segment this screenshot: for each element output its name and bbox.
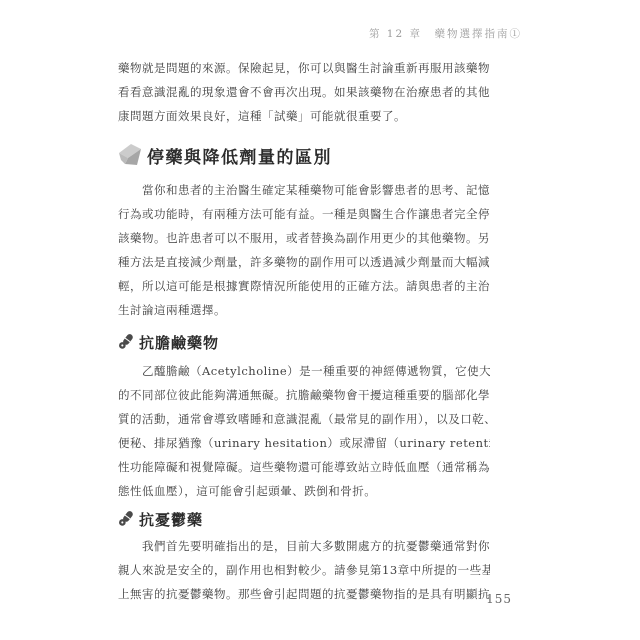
subsection-heading-anticholinergic: 抗膽鹼藥物 <box>118 332 490 353</box>
text-line: 乙醯膽鹼（Acetylcholine）是一種重要的神經傳遞物質，它使大腦 <box>118 359 490 383</box>
text-line: 康問題方面效果良好，這種「試藥」可能就很重要了。 <box>118 104 490 128</box>
paragraph-anticholinergic: 乙醯膽鹼（Acetylcholine）是一種重要的神經傳遞物質，它使大腦的不同部… <box>118 359 490 503</box>
paragraph-stop-vs-reduce: 當你和患者的主治醫生確定某種藥物可能會影響患者的思考、記憶、行為或功能時，有兩種… <box>118 178 490 322</box>
subsection-heading-label: 抗膽鹼藥物 <box>139 332 219 353</box>
pills-icon <box>118 510 135 527</box>
book-page: 第 12 章 藥物選擇指南① 藥物就是問題的來源。保險起見，你可以與醫生討論重新… <box>0 0 640 640</box>
text-line: 當你和患者的主治醫生確定某種藥物可能會影響患者的思考、記憶、 <box>118 178 490 202</box>
paragraph-antidepressant: 我們首先要明確指出的是，目前大多數開處方的抗憂鬱藥通常對你的親人來說是安全的，副… <box>118 534 490 606</box>
subsection-heading-label: 抗憂鬱藥 <box>139 509 203 530</box>
text-line: 上無害的抗憂鬱藥物。那些會引起問題的抗憂鬱藥物指的是具有明顯抗膽 <box>118 582 490 606</box>
text-line: 態性低血壓），這可能會引起頭暈、跌倒和骨折。 <box>118 479 490 503</box>
text-line: 行為或功能時，有兩種方法可能有益。一種是與醫生合作讓患者完全停用 <box>118 202 490 226</box>
page-number: 155 <box>486 592 512 606</box>
page-content: 藥物就是問題的來源。保險起見，你可以與醫生討論重新再服用該藥物，看看意識混亂的現… <box>118 56 490 606</box>
text-line: 的不同部位彼此能夠溝通無礙。抗膽鹼藥物會干擾這種重要的腦部化學物 <box>118 383 490 407</box>
text-line: 該藥物。也許患者可以不服用，或者替換為副作用更少的其他藥物。另一 <box>118 226 490 250</box>
pills-icon <box>118 333 135 350</box>
subsection-heading-antidepressant: 抗憂鬱藥 <box>118 509 490 530</box>
text-line: 便秘、排尿猶豫（urinary hesitation）或尿滯留（urinary … <box>118 431 490 455</box>
text-line: 生討論這兩種選擇。 <box>118 298 490 322</box>
running-header: 第 12 章 藥物選擇指南① <box>369 26 522 41</box>
paragraph-intro: 藥物就是問題的來源。保險起見，你可以與醫生討論重新再服用該藥物，看看意識混亂的現… <box>118 56 490 128</box>
text-line: 親人來說是安全的，副作用也相對較少。請參見第13章中所提的一些基本 <box>118 558 490 582</box>
section-heading-label: 停藥與降低劑量的區別 <box>147 143 332 168</box>
text-line: 我們首先要明確指出的是，目前大多數開處方的抗憂鬱藥通常對你的 <box>118 534 490 558</box>
text-line: 質的活動，通常會導致嗜睡和意識混亂（最常見的副作用），以及口乾、 <box>118 407 490 431</box>
text-line: 看看意識混亂的現象還會不會再次出現。如果該藥物在治療患者的其他健 <box>118 80 490 104</box>
text-line: 種方法是直接減少劑量，許多藥物的副作用可以透過減少劑量而大幅減 <box>118 250 490 274</box>
text-line: 藥物就是問題的來源。保險起見，你可以與醫生討論重新再服用該藥物， <box>118 56 490 80</box>
diamond-ornament-icon <box>118 144 141 165</box>
text-line: 輕，所以這可能是根據實際情況所能使用的正確方法。請與患者的主治醫 <box>118 274 490 298</box>
section-heading-stop-vs-reduce: 停藥與降低劑量的區別 <box>118 142 490 168</box>
text-line: 性功能障礙和視覺障礙。這些藥物還可能導致站立時低血壓（通常稱為姿 <box>118 455 490 479</box>
